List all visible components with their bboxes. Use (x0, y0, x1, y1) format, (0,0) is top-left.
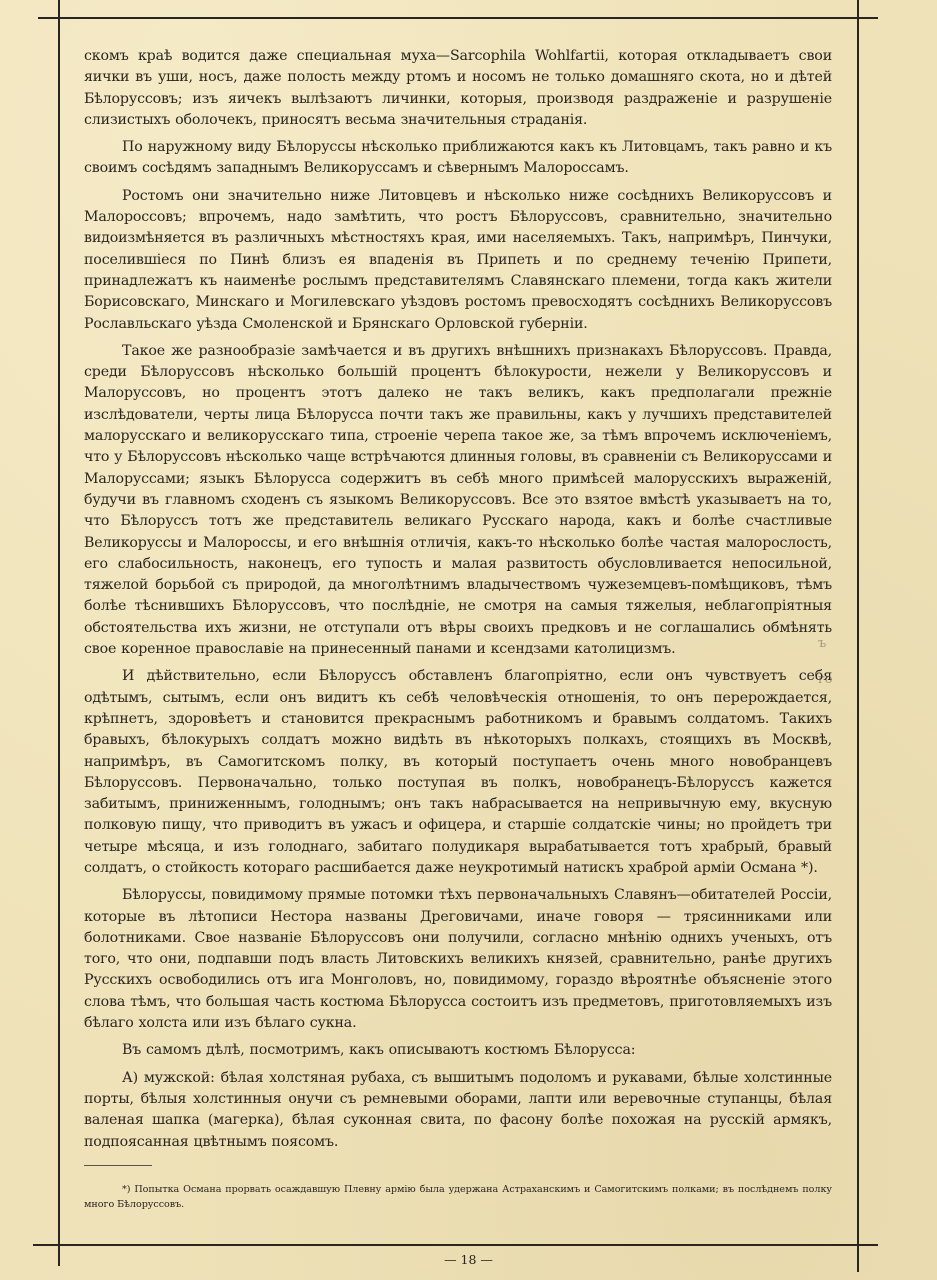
paragraph-costume-intro: Въ самомъ дѣлѣ, посмотримъ, какъ описыва… (84, 1040, 832, 1061)
paragraph-height: Ростомъ они значительно ниже Литовцевъ и… (84, 186, 832, 335)
bottom-border-rule (33, 1244, 878, 1246)
page-number: — 18 — (0, 1252, 937, 1267)
right-border-rule (857, 0, 859, 1272)
bleed-through-glyph: ъ (818, 636, 826, 651)
bleed-through-glyph: го (818, 672, 833, 687)
paragraph-origin: Бѣлоруссы, повидимому прямые потомки тѣх… (84, 885, 832, 1034)
paragraph-diversity: Такое же разнообразiе замѣчается и въ др… (84, 341, 832, 660)
footnote: *) Попытка Османа прорвать осаждавшую Пл… (84, 1182, 832, 1212)
paragraph-continuation: скомъ краѣ водится даже специальная муха… (84, 46, 832, 131)
footnote-separator (84, 1165, 152, 1166)
left-border-rule (58, 0, 60, 1266)
paragraph-soldiers: И дѣйствительно, если Бѣлоруссъ обставле… (84, 666, 832, 879)
top-border-rule (38, 17, 878, 19)
body-text: скомъ краѣ водится даже специальная муха… (84, 46, 832, 1159)
paragraph-appearance: По наружному виду Бѣлоруссы нѣсколько пр… (84, 137, 832, 180)
paragraph-male-costume: А) мужской: бѣлая холстяная рубаха, съ в… (84, 1068, 832, 1153)
